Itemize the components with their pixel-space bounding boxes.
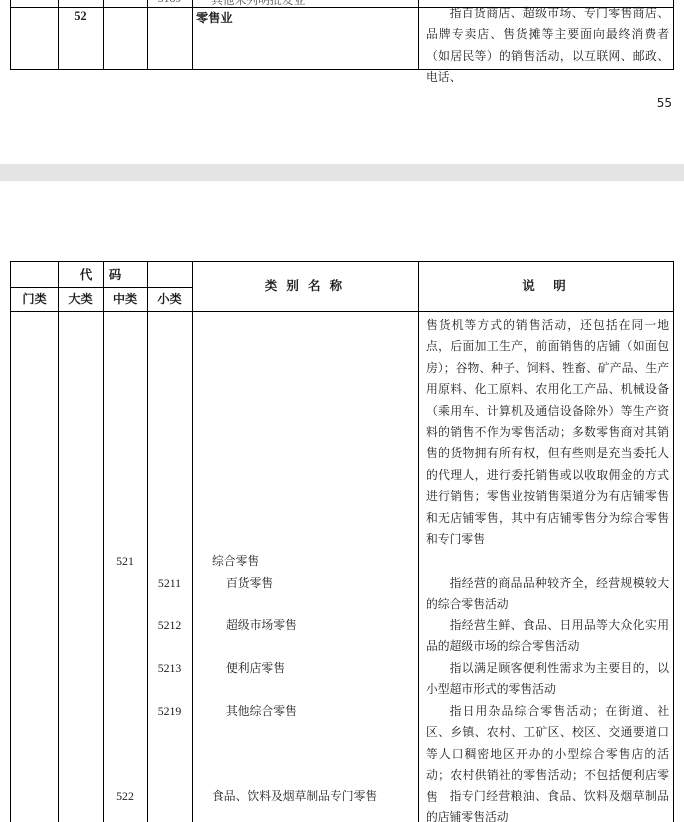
row-desc: 指专门经营粮油、食品、饮料及烟草制品的店铺零售活动 [426, 786, 669, 822]
header-code: 代 码 [11, 262, 192, 288]
row-code: 5213 [147, 658, 192, 679]
row-name: 综合零售 [192, 551, 434, 572]
column-divider [418, 262, 419, 822]
row-desc: 指经营的商品品种较齐全，经营规模较大的综合零售活动 [426, 573, 669, 616]
column-divider [147, 262, 148, 822]
row-name: 其他未列明批发业 [211, 0, 305, 8]
row-name: 百货零售 [192, 573, 448, 594]
row-code: 5189 [147, 0, 192, 6]
column-divider [58, 262, 59, 822]
header-xiaolei: 小类 [147, 287, 192, 311]
header-divider [11, 311, 673, 312]
row-code: 521 [103, 551, 147, 572]
column-divider [147, 0, 148, 69]
header-menlei: 门类 [11, 287, 58, 311]
continuation-description: 售货机等方式的销售活动，还包括在同一地点，后面加工生产，前面销售的店铺（如面包房… [426, 315, 669, 550]
row-code: 5211 [147, 573, 192, 594]
column-divider [103, 0, 104, 69]
document-page: { "page": { "number": "55" }, "top_table… [0, 0, 684, 822]
row-desc: 指经营生鲜、食品、日用品等大众化实用品的超级市场的综合零售活动 [426, 615, 669, 658]
page-number: 55 [657, 96, 672, 110]
row-name: 零售业 [196, 9, 233, 26]
row-code: 5212 [147, 615, 192, 636]
row-name: 便利店零售 [192, 658, 448, 679]
row-name: 食品、饮料及烟草制品专门零售 [192, 786, 434, 807]
row-desc: 指百货商店、超级市场、专门零售商店、品牌专卖店、售货摊等主要面向最终消费者（如居… [426, 3, 669, 88]
column-divider [192, 262, 193, 822]
column-divider [192, 0, 193, 69]
row-code: 52 [58, 9, 103, 24]
classification-table: 代 码 门类 大类 中类 小类 类 别 名 称 说 明 售货机等方式的销售活动，… [10, 261, 674, 822]
header-description: 说 明 [418, 262, 673, 311]
page-separator-band [0, 164, 684, 181]
row-code: 5219 [147, 701, 192, 722]
row-code: 522 [103, 786, 147, 807]
top-partial-table: 5189 其他未列明批发业 52 零售业 指百货商店、超级市场、专门零售商店、品… [10, 0, 674, 70]
row-name: 其他综合零售 [192, 701, 448, 722]
row-desc: 指以满足顾客便利性需求为主要目的，以小型超市形式的零售活动 [426, 658, 669, 701]
header-zhonglei: 中类 [103, 287, 147, 311]
header-dalei: 大类 [58, 287, 103, 311]
header-category-name: 类 别 名 称 [192, 262, 418, 311]
column-divider [418, 0, 419, 69]
column-divider [103, 262, 104, 822]
row-name: 超级市场零售 [192, 615, 448, 636]
